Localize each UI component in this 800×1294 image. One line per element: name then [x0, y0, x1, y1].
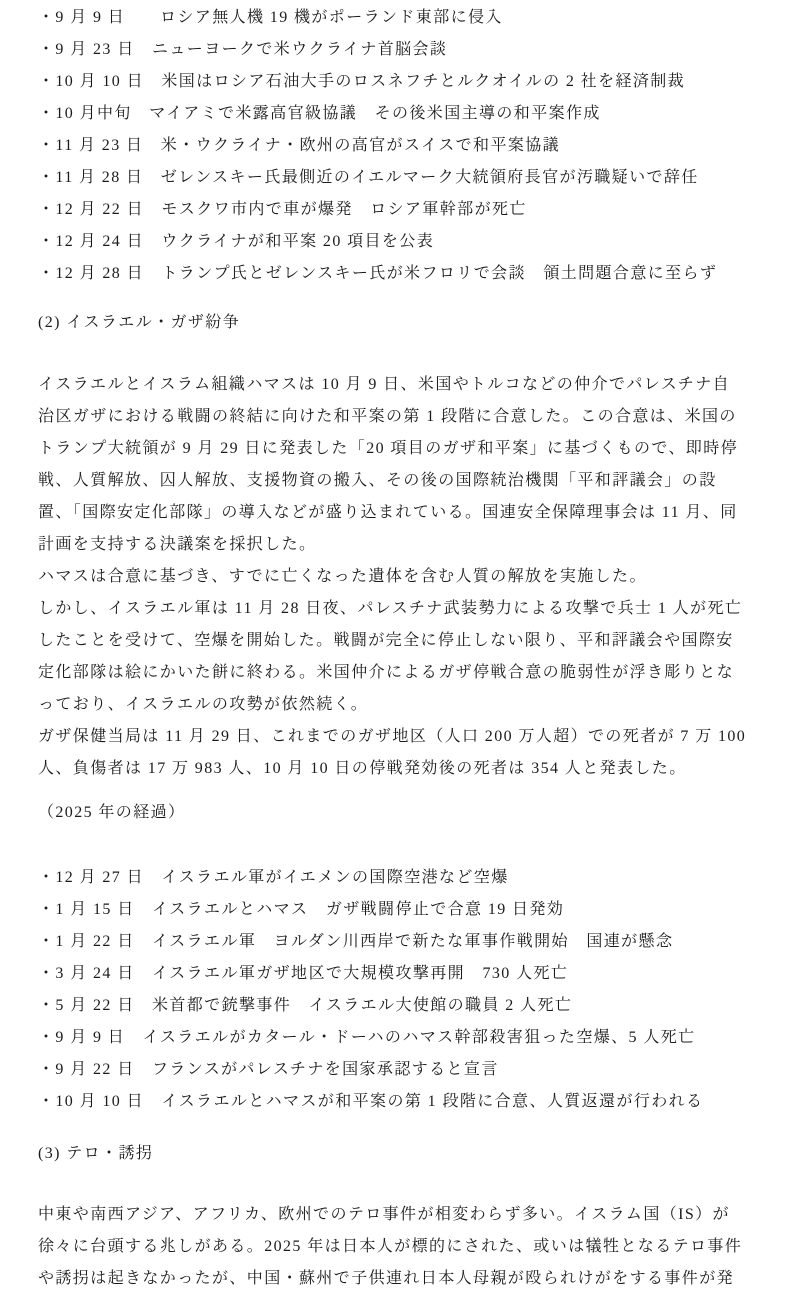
timeline-item: ・9 月 9 日 ロシア無人機 19 機がポーランド東部に侵入 — [38, 2, 766, 34]
paragraph-line: 中東や南西アジア、アフリカ、欧州でのテロ事件が相変わらず多い。イスラム国（IS）… — [38, 1199, 766, 1231]
timeline-item: ・1 月 15 日 イスラエルとハマス ガザ戦闘停止で合意 19 日発効 — [38, 894, 766, 926]
timeline-item: ・3 月 24 日 イスラエル軍ガザ地区で大規模攻撃再開 730 人死亡 — [38, 958, 766, 990]
terror-paragraph: 中東や南西アジア、アフリカ、欧州でのテロ事件が相変わらず多い。イスラム国（IS）… — [38, 1199, 766, 1294]
paragraph-line: しかし、イスラエル軍は 11 月 28 日夜、パレスチナ武装勢力による攻撃で兵士… — [38, 593, 766, 625]
paragraph-line: ハマスは合意に基づき、すでに亡くなった遺体を含む人質の解放を実施した。 — [38, 561, 766, 593]
paragraph-line: っており、イスラエルの攻勢が依然続く。 — [38, 689, 766, 721]
timeline-item: ・11 月 28 日 ゼレンスキー氏最側近のイエルマーク大統領府長官が汚職疑いで… — [38, 162, 766, 194]
timeline-item: ・5 月 22 日 米首都で銃撃事件 イスラエル大使館の職員 2 人死亡 — [38, 990, 766, 1022]
timeline-item: ・10 月中旬 マイアミで米露高官級協議 その後米国主導の和平案作成 — [38, 98, 766, 130]
paragraph-line: 計画を支持する決議案を採択した。 — [38, 529, 766, 561]
subheading-2025-timeline: （2025 年の経過） — [38, 797, 766, 829]
israel-gaza-2025-timeline: ・12 月 27 日 イスラエル軍がイエメンの国際空港など空爆 ・1 月 15 … — [38, 862, 766, 1118]
paragraph-line: イスラエルとイスラム組織ハマスは 10 月 9 日、米国やトルコなどの仲介でパレ… — [38, 369, 766, 401]
paragraph-line: 定化部隊は絵にかいた餅に終わる。米国仲介によるガザ停戦合意の脆弱性が浮き彫りとな — [38, 657, 766, 689]
timeline-item: ・10 月 10 日 米国はロシア石油大手のロスネフチとルクオイルの 2 社を経… — [38, 66, 766, 98]
timeline-item: ・12 月 28 日 トランプ氏とゼレンスキー氏が米フロリで会談 領土問題合意に… — [38, 258, 766, 290]
timeline-item: ・9 月 9 日 イスラエルがカタール・ドーハのハマス幹部殺害狙った空爆、5 人… — [38, 1022, 766, 1054]
paragraph-line: 徐々に台頭する兆しがある。2025 年は日本人が標的にされた、或いは犠牲となるテ… — [38, 1231, 766, 1263]
document-page: ・9 月 9 日 ロシア無人機 19 機がポーランド東部に侵入 ・9 月 23 … — [0, 0, 800, 1294]
timeline-item: ・10 月 10 日 イスラエルとハマスが和平案の第 1 段階に合意、人質返還が… — [38, 1086, 766, 1118]
timeline-item: ・9 月 23 日 ニューヨークで米ウクライナ首脳会談 — [38, 34, 766, 66]
israel-gaza-paragraph: イスラエルとイスラム組織ハマスは 10 月 9 日、米国やトルコなどの仲介でパレ… — [38, 369, 766, 785]
timeline-item: ・12 月 27 日 イスラエル軍がイエメンの国際空港など空爆 — [38, 862, 766, 894]
paragraph-line: トランプ大統領が 9 月 29 日に発表した「20 項目のガザ和平案」に基づくも… — [38, 433, 766, 465]
paragraph-line: 治区ガザにおける戦闘の終結に向けた和平案の第 1 段階に合意した。この合意は、米… — [38, 401, 766, 433]
paragraph-line: ガザ保健当局は 11 月 29 日、これまでのガザ地区（人口 200 万人超）で… — [38, 721, 766, 753]
timeline-item: ・11 月 23 日 米・ウクライナ・欧州の高官がスイスで和平案協議 — [38, 130, 766, 162]
paragraph-line: したことを受けて、空爆を開始した。戦闘が完全に停止しない限り、平和評議会や国際安 — [38, 625, 766, 657]
timeline-item: ・12 月 24 日 ウクライナが和平案 20 項目を公表 — [38, 226, 766, 258]
paragraph-line: や誘拐は起きなかったが、中国・蘇州で子供連れ日本人母親が殴られけがをする事件が発 — [38, 1263, 766, 1294]
timeline-item: ・12 月 22 日 モスクワ市内で車が爆発 ロシア軍幹部が死亡 — [38, 194, 766, 226]
paragraph-line: 人、負傷者は 17 万 983 人、10 月 10 日の停戦発効後の死者は 35… — [38, 753, 766, 785]
timeline-item: ・9 月 22 日 フランスがパレスチナを国家承認すると宣言 — [38, 1054, 766, 1086]
paragraph-line: 戦、人質解放、囚人解放、支援物資の搬入、その後の国際統治機関「平和評議会」の設 — [38, 465, 766, 497]
paragraph-line: 置、「国際安定化部隊」の導入などが盛り込まれている。国連安全保障理事会は 11 … — [38, 497, 766, 529]
section-heading-terror: (3) テロ・誘拐 — [38, 1138, 766, 1170]
section-heading-israel-gaza: (2) イスラエル・ガザ紛争 — [38, 307, 766, 339]
russia-ukraine-timeline: ・9 月 9 日 ロシア無人機 19 機がポーランド東部に侵入 ・9 月 23 … — [38, 2, 766, 290]
timeline-item: ・1 月 22 日 イスラエル軍 ヨルダン川西岸で新たな軍事作戦開始 国連が懸念 — [38, 926, 766, 958]
